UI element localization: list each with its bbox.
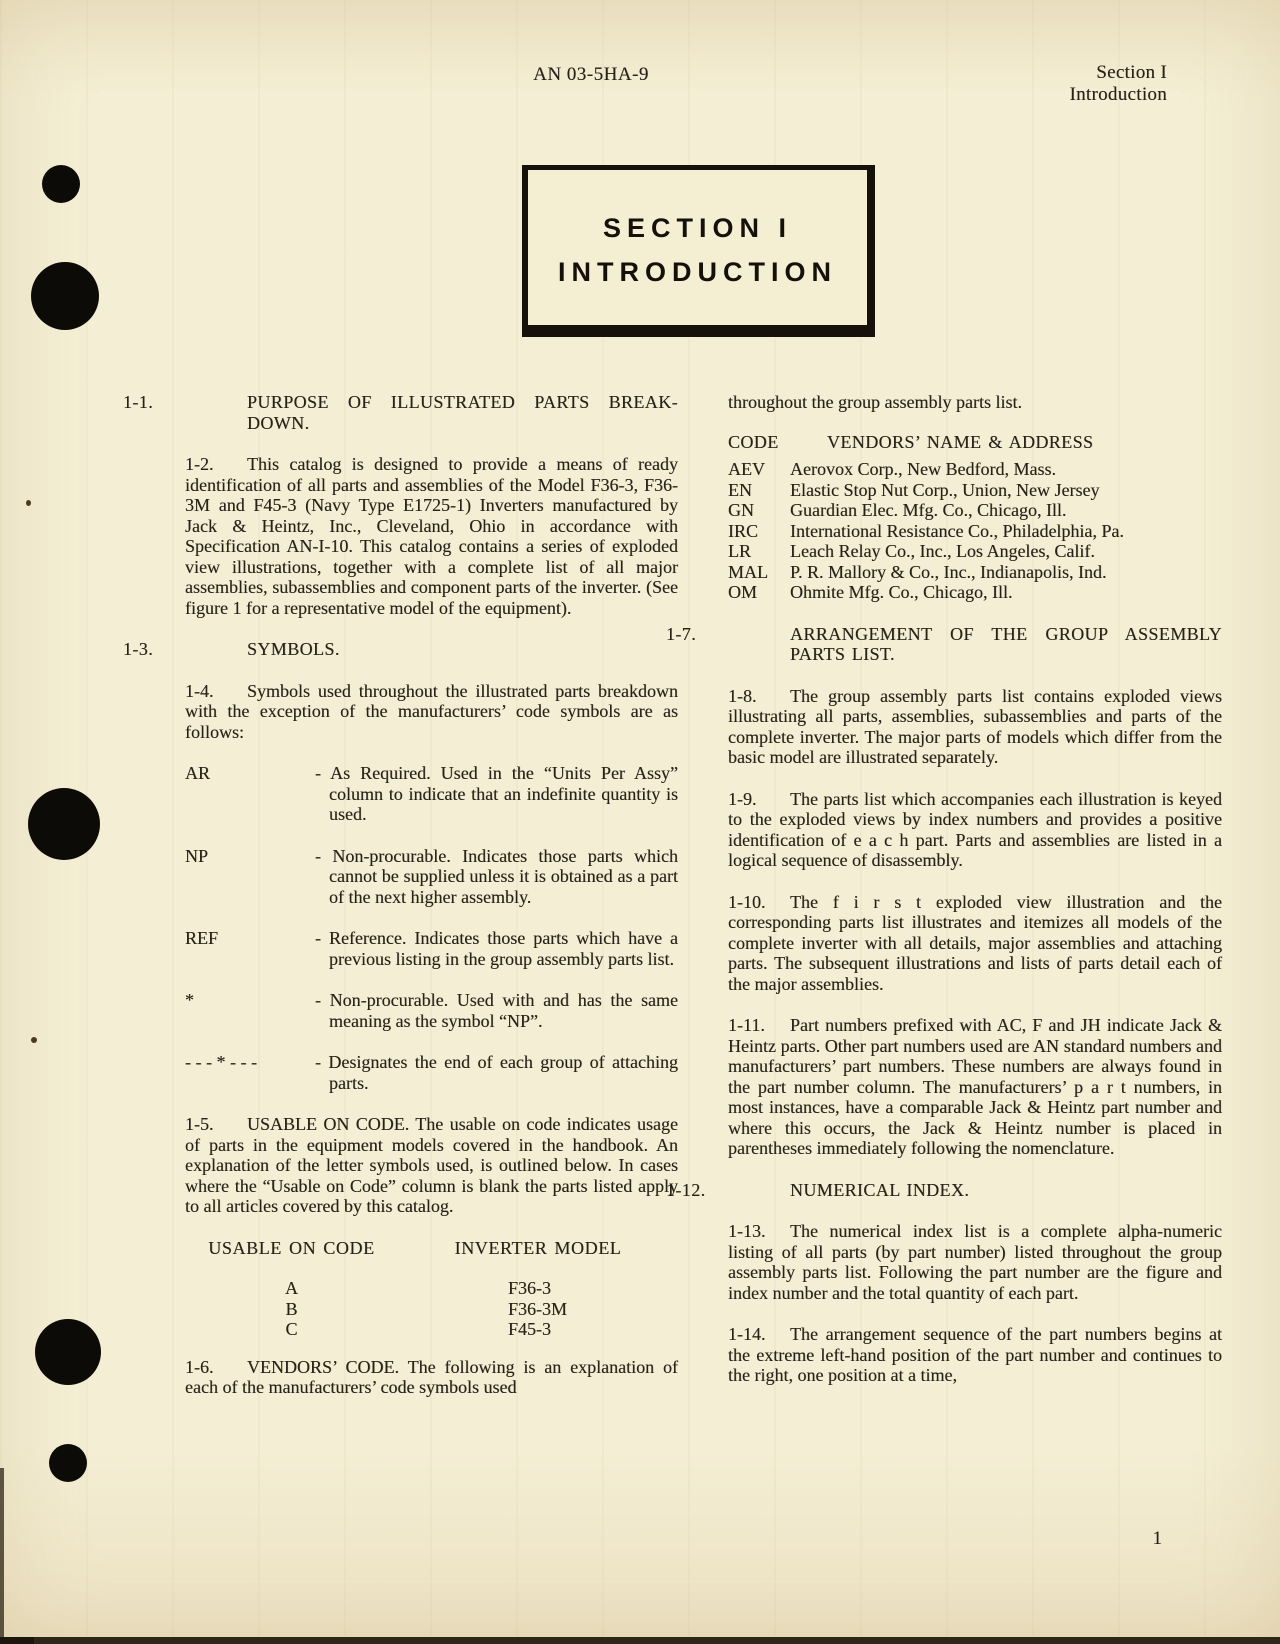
table-header-row: CODE VENDORS’ NAME & ADDRESS <box>728 432 1222 453</box>
symbol-definition: - Non-procurable. Indicates those parts … <box>315 846 678 908</box>
paragraph-1-8: 1-8.The group assembly parts list contai… <box>728 686 1222 768</box>
symbol-row: REF - Reference. Indicates those parts w… <box>185 928 678 969</box>
paragraph-1-5: 1-5.USABLE ON CODE. The usable on code i… <box>185 1114 678 1217</box>
vendor-name: International Resistance Co., Philadelph… <box>790 521 1222 542</box>
paragraph-number: 1-7. <box>728 624 790 645</box>
paragraph-1-6: 1-6.VENDORS’ CODE. The following is an e… <box>185 1357 678 1398</box>
paragraph-1-13: 1-13.The numerical index list is a compl… <box>728 1221 1222 1303</box>
vendor-code: MAL <box>728 562 790 583</box>
table-row: B F36-3M <box>185 1299 678 1320</box>
paragraph-1-3: 1-3.SYMBOLS. <box>185 639 678 660</box>
table-header-row: USABLE ON CODE INVERTER MODEL <box>185 1238 678 1259</box>
symbol-definition: - Reference. Indicates those parts which… <box>315 928 678 969</box>
vendors-code-table: CODE VENDORS’ NAME & ADDRESS AEV Aerovox… <box>728 432 1222 603</box>
dust-speck <box>31 1037 37 1043</box>
symbol-code: - - - * - - - <box>185 1052 315 1093</box>
vendor-row: OM Ohmite Mfg. Co., Chicago, Ill. <box>728 582 1222 603</box>
section-header: Section I Introduction <box>947 62 1167 106</box>
paragraph-text: PURPOSE OF ILLUSTRATED PARTS BREAK-DOWN. <box>247 392 678 433</box>
paragraph-text: ARRANGEMENT OF THE GROUP ASSEMBLY PARTS … <box>790 624 1222 665</box>
paragraph-number: 1-1. <box>185 392 247 413</box>
inverter-model: F36-3 <box>398 1278 678 1299</box>
vendor-code: LR <box>728 541 790 562</box>
left-column: 1-1.PURPOSE OF ILLUSTRATED PARTS BREAK-D… <box>185 392 678 1398</box>
vendor-row: EN Elastic Stop Nut Corp., Union, New Je… <box>728 480 1222 501</box>
paragraph-number: 1-14. <box>728 1324 790 1345</box>
dust-speck <box>26 500 31 506</box>
vendor-row: LR Leach Relay Co., Inc., Los Angeles, C… <box>728 541 1222 562</box>
vendor-row: AEV Aerovox Corp., New Bedford, Mass. <box>728 459 1222 480</box>
section-title-box: SECTION I INTRODUCTION <box>522 165 875 337</box>
vendor-row: IRC International Resistance Co., Philad… <box>728 521 1222 542</box>
column-header: CODE <box>728 432 827 453</box>
column-header: VENDORS’ NAME & ADDRESS <box>827 432 1093 453</box>
paragraph-number: 1-13. <box>728 1221 790 1242</box>
paragraph-number: 1-8. <box>728 686 790 707</box>
punch-hole-dot <box>42 165 80 203</box>
paragraph-text: Symbols used throughout the illustrated … <box>185 681 678 742</box>
paragraph-number: 1-10. <box>728 892 790 913</box>
column-header: INVERTER MODEL <box>398 1238 678 1259</box>
usable-on-code-table: USABLE ON CODE INVERTER MODEL A F36-3 B … <box>185 1238 678 1340</box>
paragraph-number: 1-9. <box>728 789 790 810</box>
right-column: throughout the group assembly parts list… <box>728 392 1222 1386</box>
symbol-definition: - As Required. Used in the “Units Per As… <box>315 763 678 825</box>
paragraph-1-11: 1-11.Part numbers prefixed with AC, F an… <box>728 1015 1222 1159</box>
symbol-code: NP <box>185 846 315 908</box>
vendor-name: Aerovox Corp., New Bedford, Mass. <box>790 459 1222 480</box>
paragraph-text: The numerical index list is a complete a… <box>728 1221 1222 1303</box>
continuation-text: throughout the group assembly parts list… <box>728 392 1222 413</box>
paragraph-number: 1-5. <box>185 1114 247 1135</box>
vendor-name: Guardian Elec. Mfg. Co., Chicago, Ill. <box>790 500 1222 521</box>
paragraph-number: 1-11. <box>728 1015 790 1036</box>
paragraph-1-2: 1-2.This catalog is designed to provide … <box>185 454 678 618</box>
vendor-code: GN <box>728 500 790 521</box>
punch-hole-dot <box>28 788 100 860</box>
vendor-row: MAL P. R. Mallory & Co., Inc., Indianapo… <box>728 562 1222 583</box>
usable-code: C <box>185 1319 398 1340</box>
vendor-code: IRC <box>728 521 790 542</box>
vendor-code: OM <box>728 582 790 603</box>
vendor-name: Elastic Stop Nut Corp., Union, New Jerse… <box>790 480 1222 501</box>
scan-edge-shadow <box>0 1637 1280 1644</box>
vendor-name: Ohmite Mfg. Co., Chicago, Ill. <box>790 582 1222 603</box>
paragraph-text: The parts list which accompanies each il… <box>728 789 1222 871</box>
inverter-model: F45-3 <box>398 1319 678 1340</box>
symbol-code: AR <box>185 763 315 825</box>
symbol-code: REF <box>185 928 315 969</box>
symbol-row: NP - Non-procurable. Indicates those par… <box>185 846 678 908</box>
vendor-code: AEV <box>728 459 790 480</box>
paragraph-1-1: 1-1.PURPOSE OF ILLUSTRATED PARTS BREAK-D… <box>185 392 678 433</box>
table-row: C F45-3 <box>185 1319 678 1340</box>
doc-number: AN 03-5HA-9 <box>471 64 711 86</box>
paragraph-1-4: 1-4.Symbols used throughout the illustra… <box>185 681 678 743</box>
vendor-name: P. R. Mallory & Co., Inc., Indianapolis,… <box>790 562 1222 583</box>
section-subtitle: INTRODUCTION <box>558 257 837 288</box>
paragraph-number: 1-3. <box>185 639 247 660</box>
vendor-code: EN <box>728 480 790 501</box>
paragraph-number: 1-6. <box>185 1357 247 1378</box>
paragraph-number: 1-4. <box>185 681 247 702</box>
paragraph-text: The arrangement sequence of the part num… <box>728 1324 1222 1385</box>
paragraph-1-10: 1-10.The f i r s t exploded view illustr… <box>728 892 1222 995</box>
paragraph-text: This catalog is designed to provide a me… <box>185 454 678 618</box>
inverter-model: F36-3M <box>398 1299 678 1320</box>
usable-code: B <box>185 1299 398 1320</box>
vendor-name: Leach Relay Co., Inc., Los Angeles, Cali… <box>790 541 1222 562</box>
paragraph-text: VENDORS’ CODE. The following is an expla… <box>185 1357 678 1398</box>
usable-code: A <box>185 1278 398 1299</box>
paragraph-1-12: 1-12.NUMERICAL INDEX. <box>728 1180 1222 1201</box>
paragraph-text: Part numbers prefixed with AC, F and JH … <box>728 1015 1222 1158</box>
paragraph-text: SYMBOLS. <box>247 639 340 659</box>
section-header-line2: Introduction <box>947 84 1167 106</box>
vendor-row: GN Guardian Elec. Mfg. Co., Chicago, Ill… <box>728 500 1222 521</box>
paragraph-1-14: 1-14.The arrangement sequence of the par… <box>728 1324 1222 1386</box>
document-page: AN 03-5HA-9 Section I Introduction SECTI… <box>0 0 1280 1644</box>
symbol-row: AR - As Required. Used in the “Units Per… <box>185 763 678 825</box>
symbol-code: * <box>185 990 315 1031</box>
scan-edge-shadow <box>0 1468 4 1644</box>
section-header-line1: Section I <box>947 62 1167 84</box>
paragraph-1-7: 1-7.ARRANGEMENT OF THE GROUP ASSEMBLY PA… <box>728 624 1222 665</box>
symbol-row: * - Non-procurable. Used with and has th… <box>185 990 678 1031</box>
punch-hole-dot <box>49 1444 87 1482</box>
symbol-definition: - Designates the end of each group of at… <box>315 1052 678 1093</box>
table-row: A F36-3 <box>185 1278 678 1299</box>
punch-hole-dot <box>35 1319 101 1385</box>
paragraph-number: 1-2. <box>185 454 247 475</box>
paragraph-text: The group assembly parts list contains e… <box>728 686 1222 768</box>
paragraph-text: The f i r s t exploded view illustration… <box>728 892 1222 994</box>
paragraph-text: USABLE ON CODE. The usable on code indic… <box>185 1114 678 1216</box>
symbol-row: - - - * - - - - Designates the end of ea… <box>185 1052 678 1093</box>
section-title: SECTION I <box>603 213 792 244</box>
paragraph-number: 1-12. <box>728 1180 790 1201</box>
punch-hole-dot <box>31 262 99 330</box>
paragraph-text: NUMERICAL INDEX. <box>790 1180 969 1200</box>
symbol-definition: - Non-procurable. Used with and has the … <box>315 990 678 1031</box>
paragraph-1-9: 1-9.The parts list which accompanies eac… <box>728 789 1222 871</box>
column-header: USABLE ON CODE <box>185 1238 398 1259</box>
page-number: 1 <box>1122 1528 1162 1550</box>
